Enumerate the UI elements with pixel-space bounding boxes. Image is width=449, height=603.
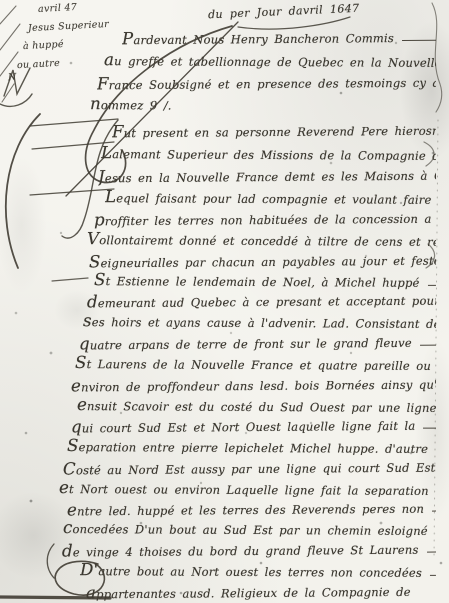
document-date-line: du per Jour davril 1647 <box>208 2 360 22</box>
paren-flourish <box>47 544 54 578</box>
manuscript-line: demeurant aud Quebec à ce presant et acc… <box>87 292 436 311</box>
manuscript-line: proffiter les terres non habituées de la… <box>94 210 436 229</box>
margin-note: Jesus Superieur <box>28 19 109 34</box>
manuscript-line: qui court Sud Est et Nort Ouest laquelle… <box>71 417 436 436</box>
manuscript-line: Seigneurialles par chacun an payables au… <box>89 252 436 271</box>
manuscript-line: Jesus en la Nouvelle France demt es les … <box>98 167 436 186</box>
manuscript-line: ses hoirs et ayans cause à l'advenir. La… <box>83 313 436 331</box>
manuscript-line: nommez 9 /. <box>90 96 436 114</box>
line-filler-stroke <box>430 566 436 576</box>
manuscript-line: Lequel faisant pour lad compagnie et vou… <box>105 189 436 207</box>
manuscript-line: quatre arpans de terre de front sur le g… <box>79 334 436 353</box>
margin-bracket-flourish <box>6 114 40 268</box>
manuscript-line: Lalemant Superieur des Missions de la Co… <box>101 145 436 163</box>
paper-stain <box>0 150 49 300</box>
margin-note: à huppé <box>23 39 64 52</box>
manuscript-line: Costé au Nord Est aussy par une ligne qu… <box>63 459 436 478</box>
margin-note: avril 47 <box>38 2 78 15</box>
margin-note: ou autre <box>17 58 61 71</box>
manuscript-line: ensuit Scavoir est du costé du Sud Ouest… <box>77 397 436 415</box>
manuscript-line: concedées D'un bout au Sud Est par un ch… <box>63 520 436 538</box>
manuscript-line: St Laurens de la Nouvelle France et quat… <box>75 355 436 373</box>
manuscript-line: au greffe et tabellionnage de Quebec en … <box>104 52 436 70</box>
manuscript-line: entre led. huppé et les terres des Rever… <box>67 500 436 519</box>
manuscript-line: France Soubsigné et en presence des tesm… <box>97 74 436 93</box>
manuscript-line: D'autre bout au Nort ouest les terres no… <box>80 562 436 580</box>
line-filler-stroke <box>420 336 436 346</box>
leader-dash-stroke <box>52 278 88 281</box>
manuscript-line: Fut present en sa personne Reverend Pere… <box>112 122 436 141</box>
corner-hatch-strokes <box>0 6 20 102</box>
manuscript-line: et Nort ouest ou environ Laquelle ligne … <box>59 480 436 498</box>
manuscript-line: Pardevant Nous Henry Bancheron Commis <box>122 29 436 47</box>
manuscript-line: appartenantes ausd. Religieux de la Comp… <box>86 583 436 602</box>
line-filler-stroke <box>432 502 436 512</box>
scan-noise-speckles <box>0 0 2 2</box>
line-filler-stroke <box>428 276 436 286</box>
manuscript-line: Separation entre pierre lepichelet Miche… <box>67 438 436 456</box>
manuscript-line: St Estienne le lendemain de Noel, à Mich… <box>94 272 436 290</box>
manuscript-line: Vollontairemt donné et conceddé à tiltre… <box>87 231 436 249</box>
line-filler-stroke <box>423 419 436 429</box>
manuscript-scan-page: du per Jour davril 1647 avril 47Jesus Su… <box>0 0 449 603</box>
manuscript-line: environ de proffondeur dans lesd. bois B… <box>71 376 436 395</box>
manuscript-line: de vinge 4 thoises du bord du grand fleu… <box>62 541 436 560</box>
line-filler-stroke <box>402 31 436 41</box>
line-filler-stroke <box>427 543 437 553</box>
margin-note: N <box>8 72 17 83</box>
